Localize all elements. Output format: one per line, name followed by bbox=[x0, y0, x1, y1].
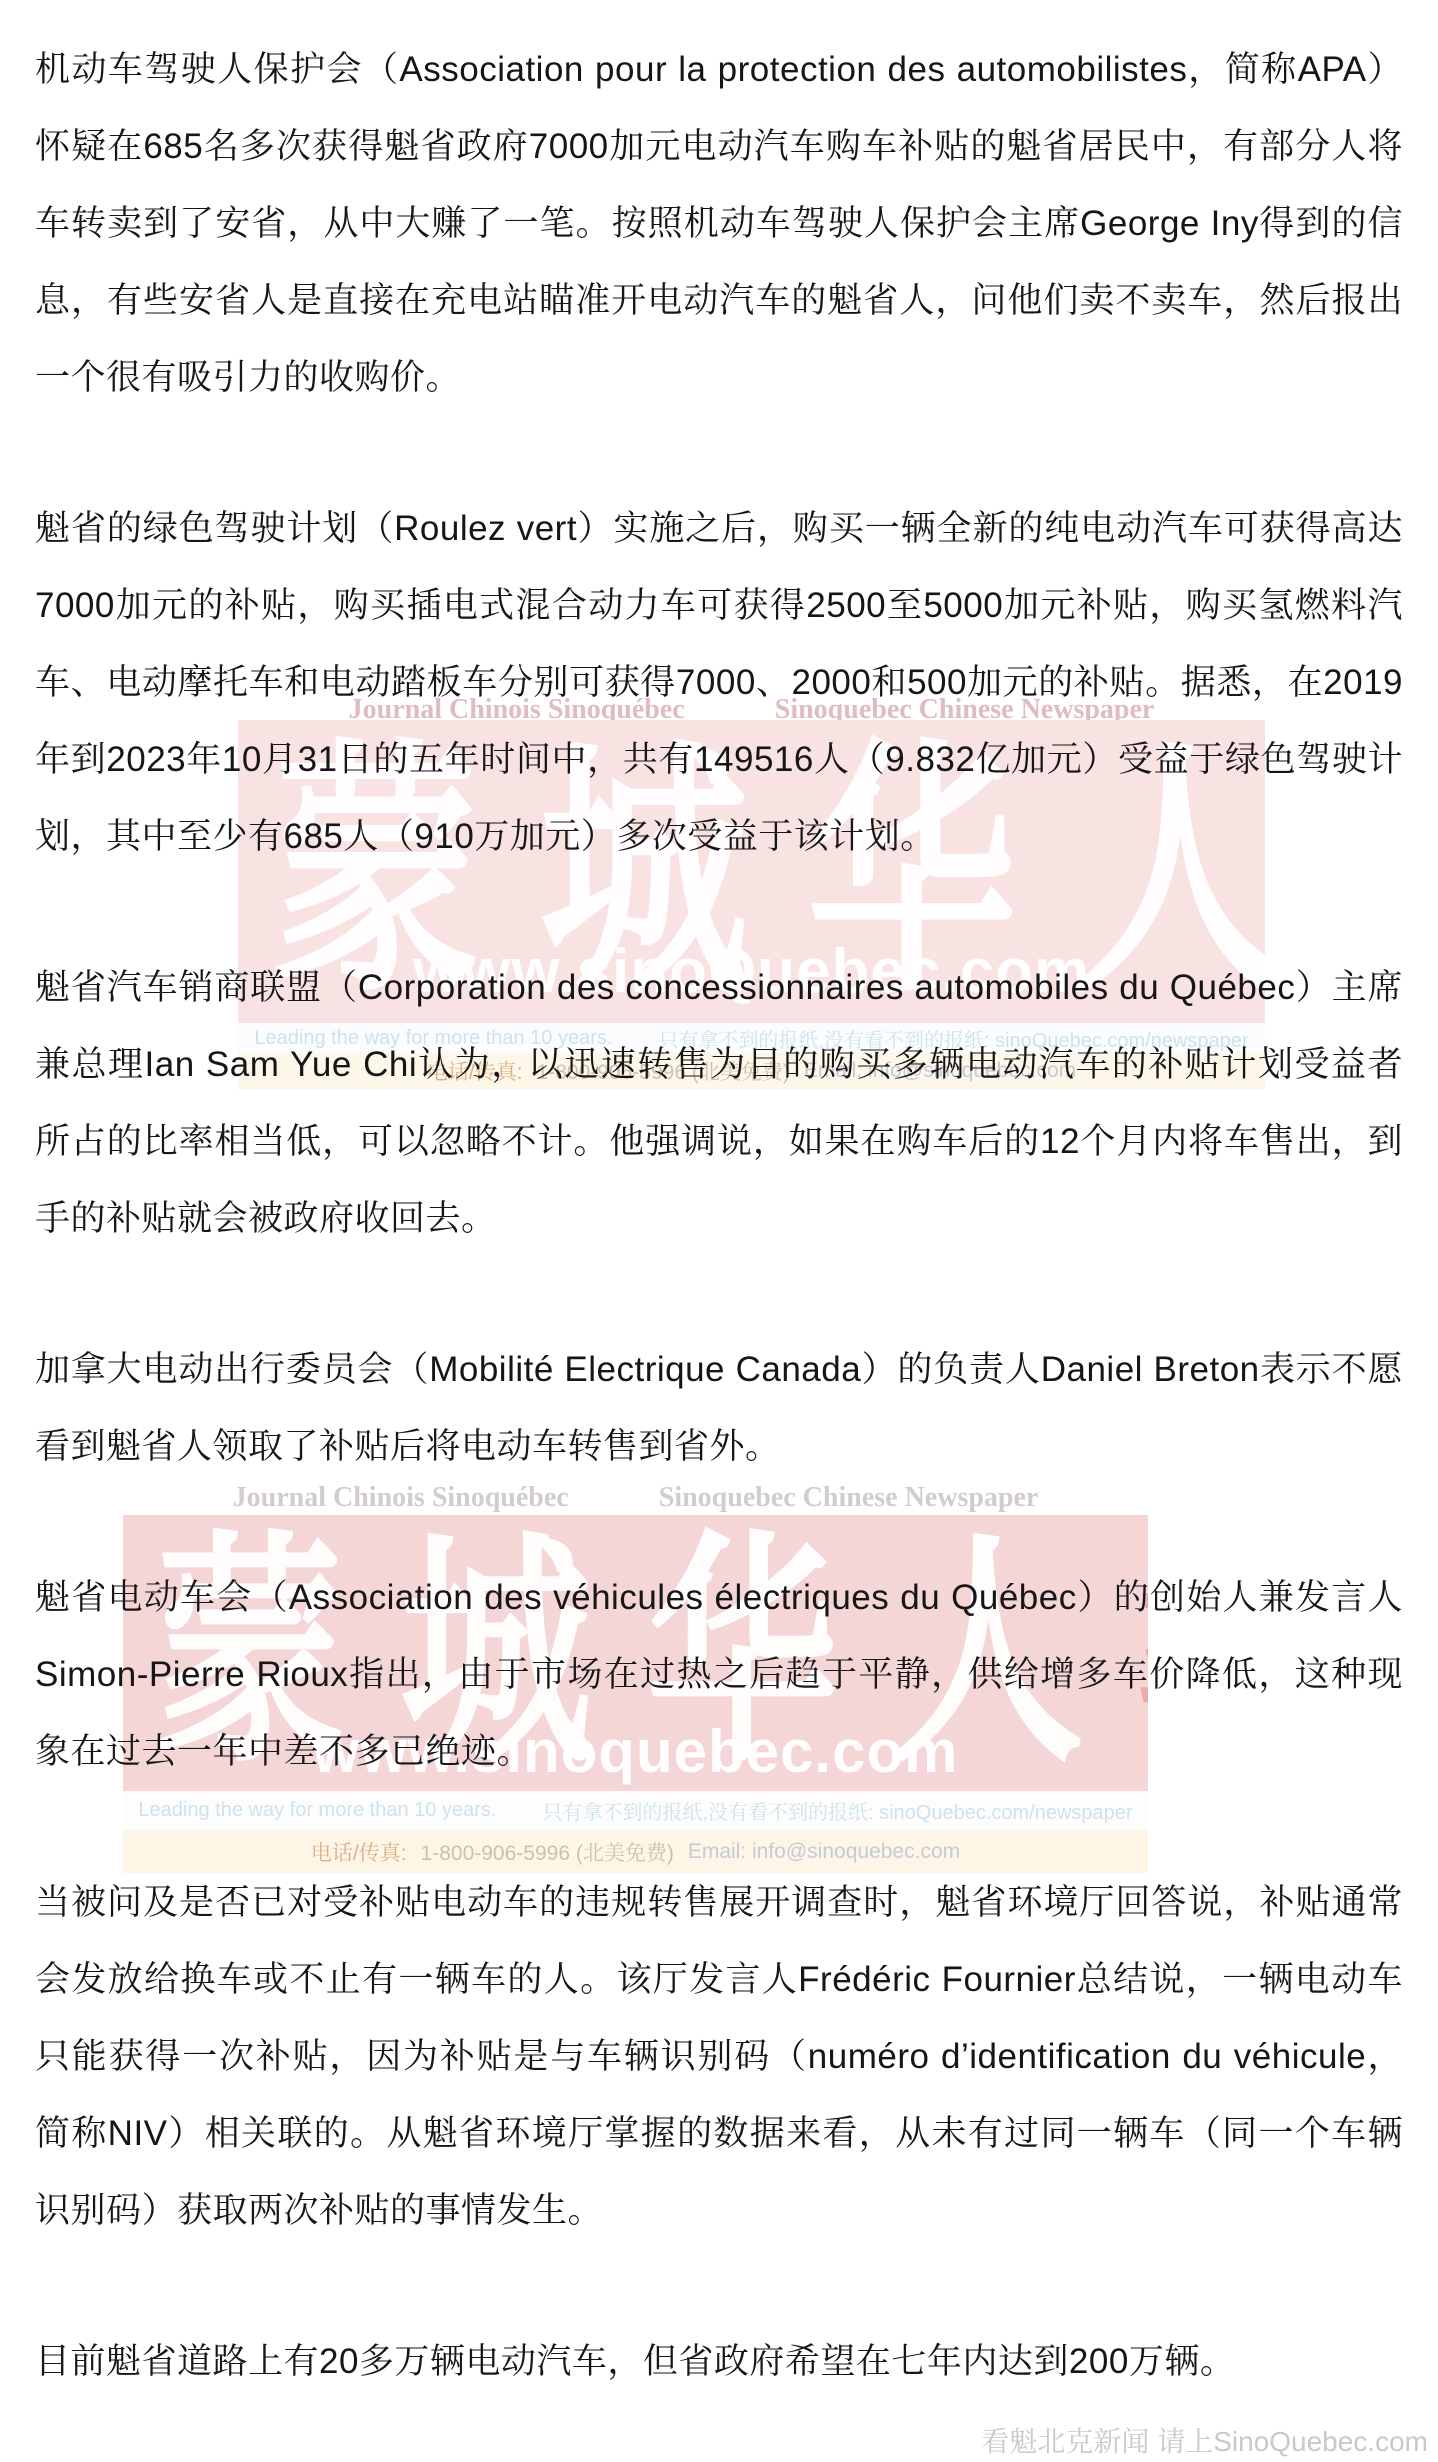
article-paragraph-2: 魁省的绿色驾驶计划（Roulez vert）实施之后，购买一辆全新的纯电动汽车可… bbox=[35, 490, 1403, 875]
footer-site-note: 看魁北克新闻 请上SinoQuebec.com bbox=[981, 2420, 1428, 2460]
article-paragraph-7: 目前魁省道路上有20多万辆电动汽车，但省政府希望在七年内达到200万辆。 bbox=[35, 2323, 1403, 2400]
article-paragraph-4: 加拿大电动出行委员会（Mobilité Electrique Canada）的负… bbox=[35, 1331, 1403, 1485]
article-paragraph-6: 当被问及是否已对受补贴电动车的违规转售展开调查时，魁省环境厅回答说，补贴通常会发… bbox=[35, 1864, 1403, 2249]
article-paragraph-5: 魁省电动车会（Association des véhicules électri… bbox=[35, 1559, 1403, 1790]
article-body: 机动车驾驶人保护会（Association pour la protection… bbox=[0, 0, 1438, 2400]
article-paragraph-3: 魁省汽车销商联盟（Corporation des concessionnaire… bbox=[35, 949, 1403, 1257]
article-paragraph-1: 机动车驾驶人保护会（Association pour la protection… bbox=[35, 31, 1403, 416]
